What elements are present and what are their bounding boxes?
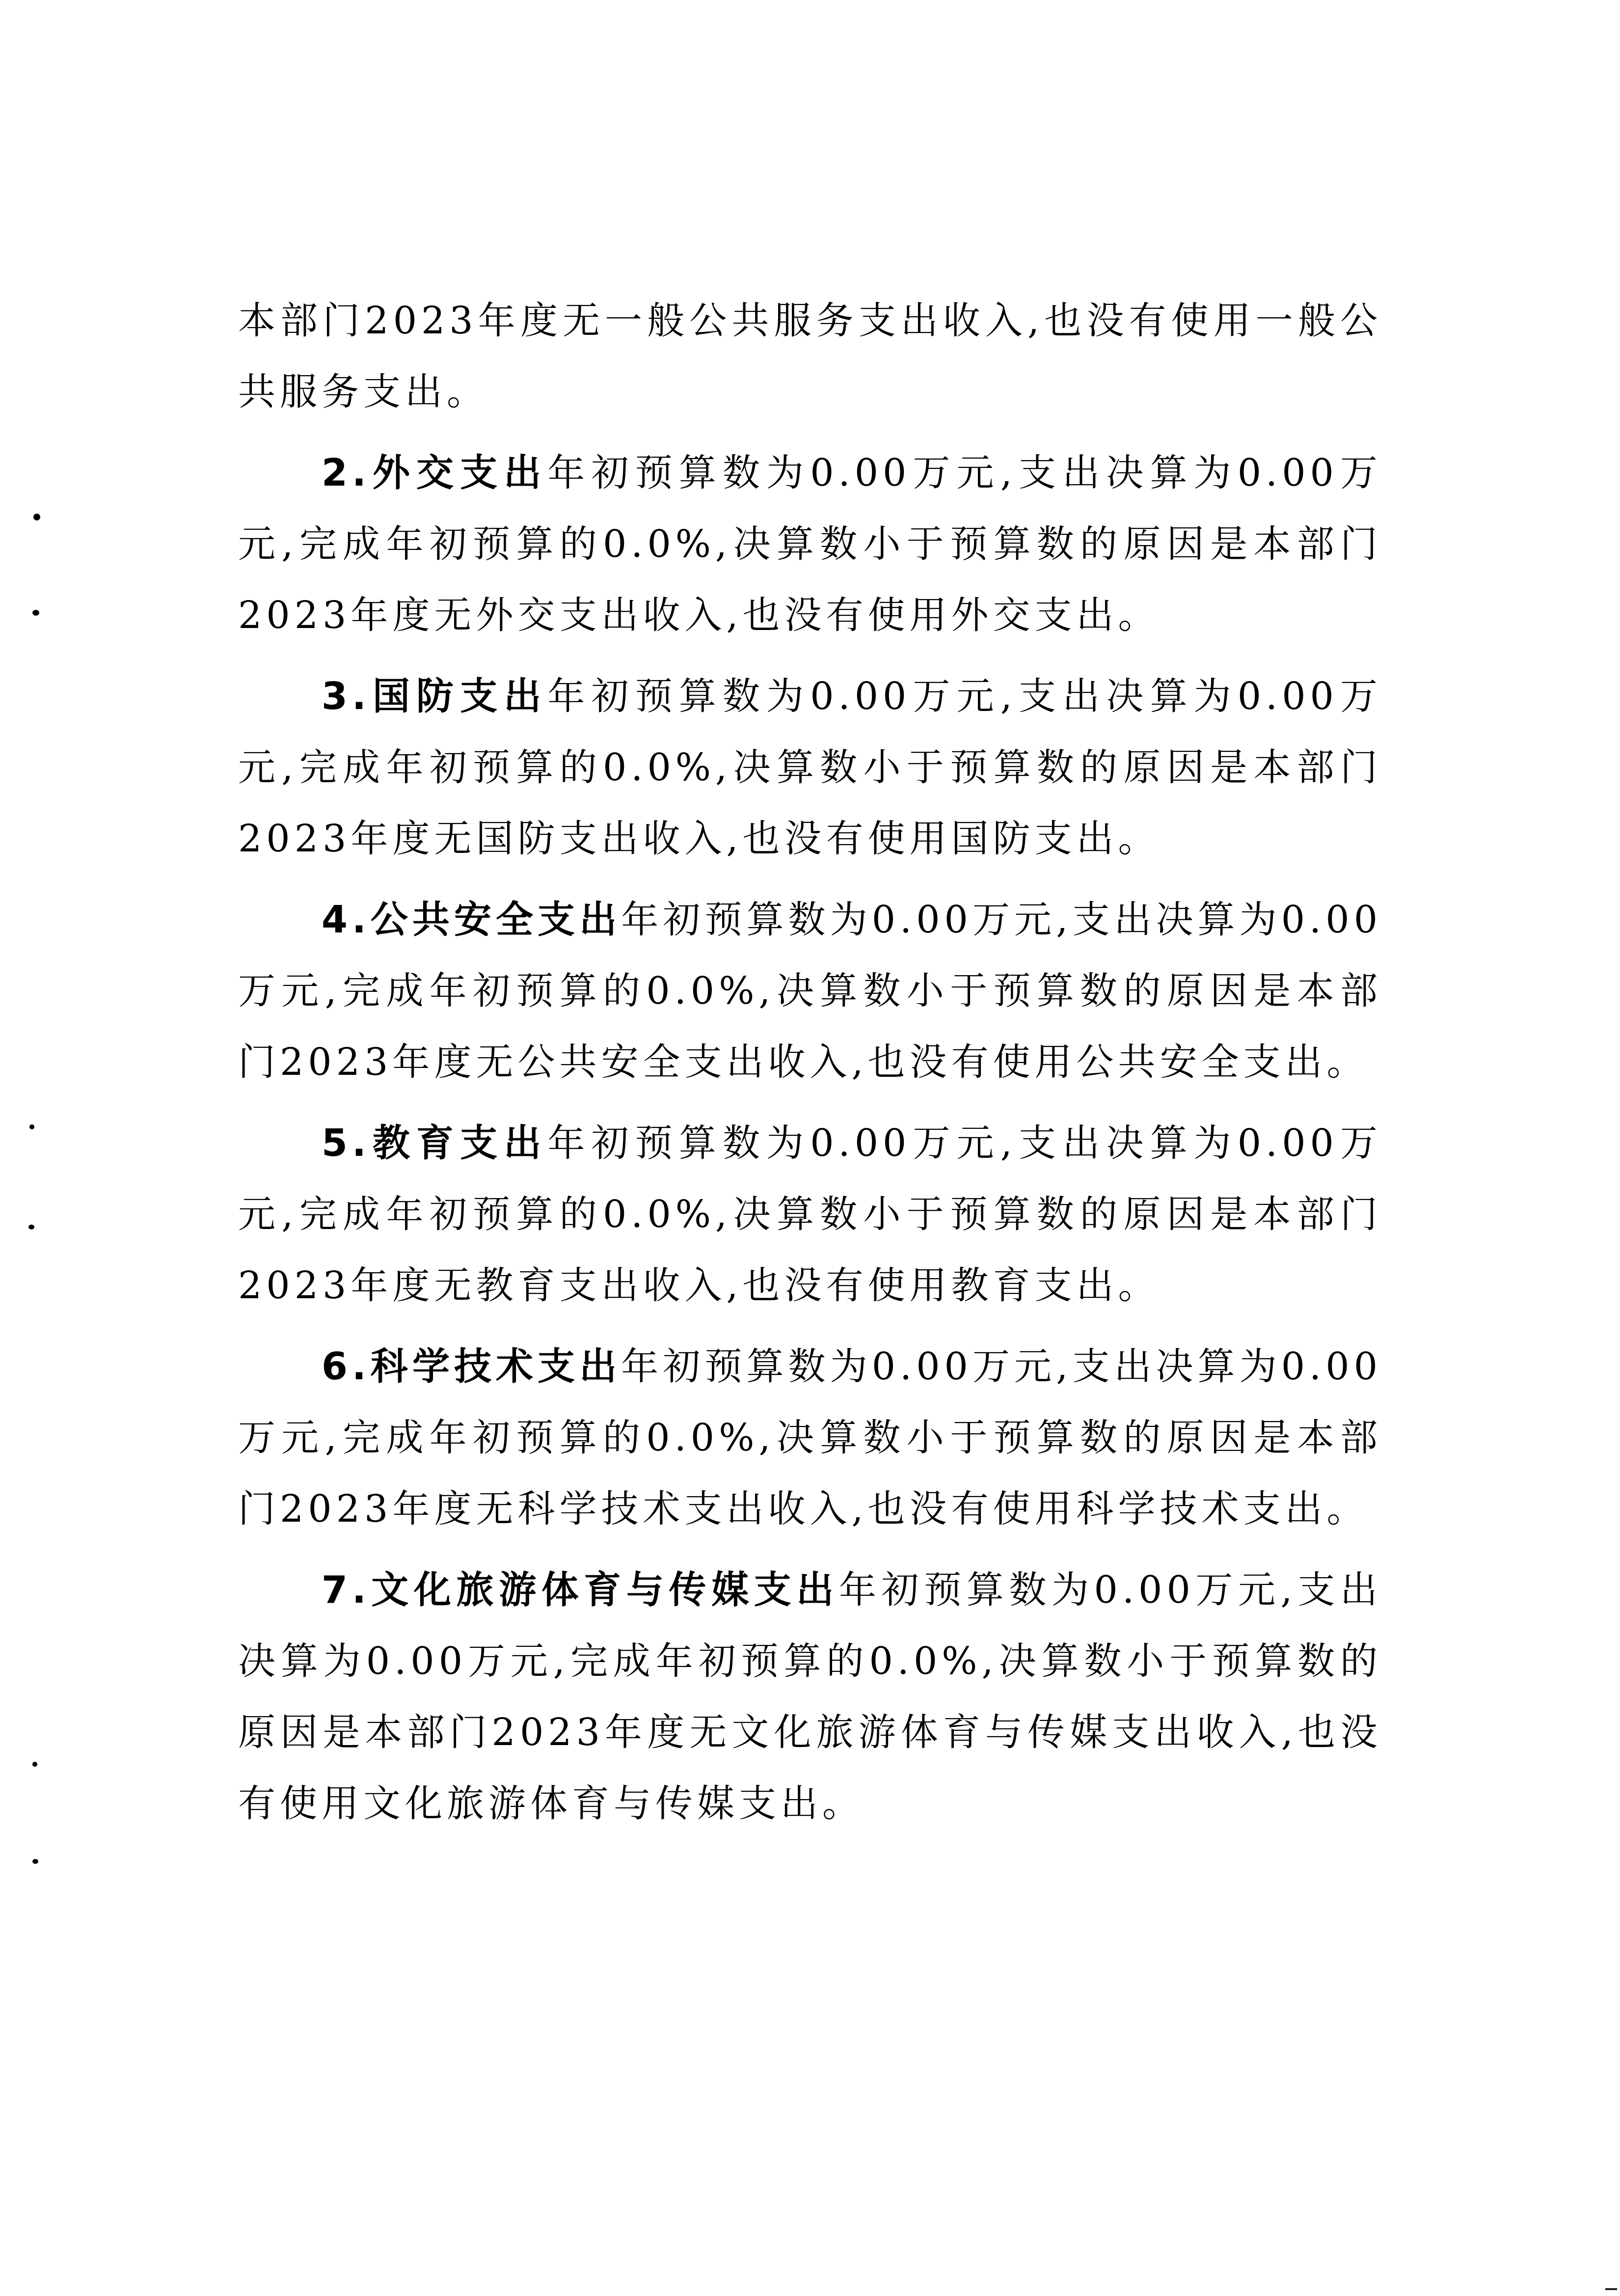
paragraph-foreign-affairs-expenditure: 2.外交支出年初预算数为0.00万元,支出决算为0.00万元,完成年初预算的0.… [238,437,1382,651]
scan-artifact-mark [32,1859,38,1864]
paragraph-public-security-expenditure: 4.公共安全支出年初预算数为0.00万元,支出决算为0.00万元,完成年初预算的… [238,884,1382,1097]
paragraph-culture-tourism-sports-media-expenditure: 7.文化旅游体育与传媒支出年初预算数为0.00万元,支出决算为0.00万元,完成… [238,1554,1382,1839]
paragraph-education-expenditure: 5.教育支出年初预算数为0.00万元,支出决算为0.00万元,完成年初预算的0.… [238,1107,1382,1321]
section-heading: 7.文化旅游体育与传媒支出 [322,1568,839,1612]
paragraph-national-defense-expenditure: 3.国防支出年初预算数为0.00万元,支出决算为0.00万元,完成年初预算的0.… [238,660,1382,874]
scan-artifact-speck [1605,2288,1617,2290]
section-heading: 5.教育支出 [322,1121,547,1165]
scan-artifact-mark [28,1225,34,1230]
section-heading: 3.国防支出 [322,674,547,718]
paragraph-science-technology-expenditure: 6.科学技术支出年初预算数为0.00万元,支出决算为0.00万元,完成年初预算的… [238,1331,1382,1544]
document-page: 本部门2023年度无一般公共服务支出收入,也没有使用一般公共服务支出。 2.外交… [0,0,1620,2296]
scan-artifact-mark [32,1762,37,1767]
scan-artifact-mark [29,1124,34,1129]
section-heading: 2.外交支出 [322,451,547,494]
scan-artifact-mark [33,514,40,520]
section-heading: 4.公共安全支出 [322,898,621,941]
paragraph-general-public-services-continuation: 本部门2023年度无一般公共服务支出收入,也没有使用一般公共服务支出。 [238,285,1382,427]
section-heading: 6.科学技术支出 [322,1344,621,1388]
scan-artifact-mark [32,610,39,616]
paragraph-text: 本部门2023年度无一般公共服务支出收入,也没有使用一般公共服务支出。 [238,299,1382,413]
document-body: 本部门2023年度无一般公共服务支出收入,也没有使用一般公共服务支出。 2.外交… [238,285,1382,1849]
